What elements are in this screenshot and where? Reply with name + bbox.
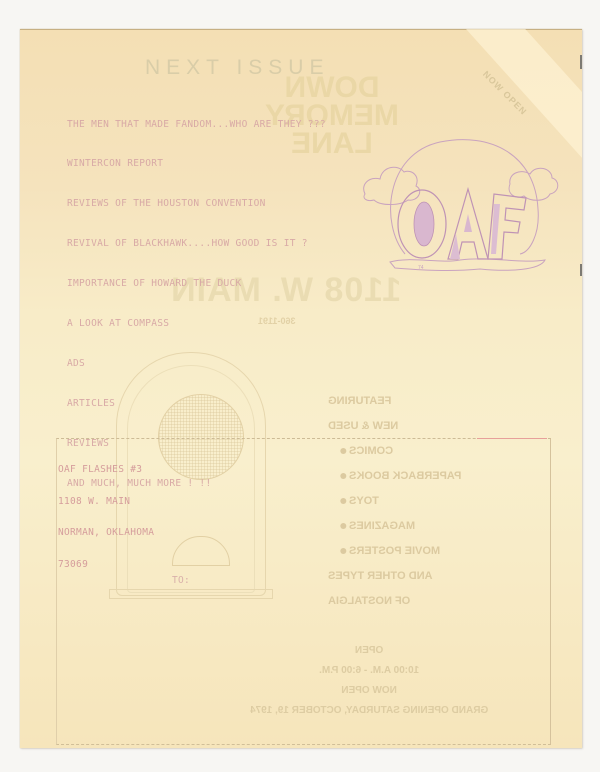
list-item: ARTICLES xyxy=(67,397,326,410)
red-fold-mark xyxy=(477,438,547,439)
fanzine-back-cover: NOW OPEN DOWN MEMORY LANE 1108 W. MAIN 3… xyxy=(20,29,582,748)
return-address-line: NORMAN, OKLAHOMA xyxy=(58,528,154,539)
list-item: IMPORTANCE OF HOWARD THE DUCK xyxy=(67,277,326,290)
logo-signature: 74 xyxy=(418,265,424,271)
list-item: ADS xyxy=(67,357,326,370)
return-address-line: OAF FLASHES #3 xyxy=(58,465,154,476)
bleed-featuring-item: NEW & USED xyxy=(328,414,461,439)
to-label: TO: xyxy=(172,574,190,587)
list-item: A LOOK AT COMPASS xyxy=(67,317,326,330)
list-item: REVIEWS OF THE HOUSTON CONVENTION xyxy=(67,197,326,210)
list-item: REVIVAL OF BLACKHAWK....HOW GOOD IS IT ? xyxy=(67,237,326,250)
bleed-featuring-label: FEATURING xyxy=(328,389,461,414)
return-address-line: 1108 W. MAIN xyxy=(58,497,154,508)
staple-top xyxy=(580,55,582,69)
return-address: OAF FLASHES #3 1108 W. MAIN NORMAN, OKLA… xyxy=(58,444,154,591)
next-issue-heading: NEXT ISSUE xyxy=(145,56,329,80)
list-item: THE MEN THAT MADE FANDOM...WHO ARE THEY … xyxy=(67,118,326,131)
list-item: WINTERCON REPORT xyxy=(67,157,326,170)
oaf-logo-icon: 74 xyxy=(360,114,560,274)
return-address-line: 73069 xyxy=(58,560,154,571)
staple-bottom xyxy=(580,264,582,276)
